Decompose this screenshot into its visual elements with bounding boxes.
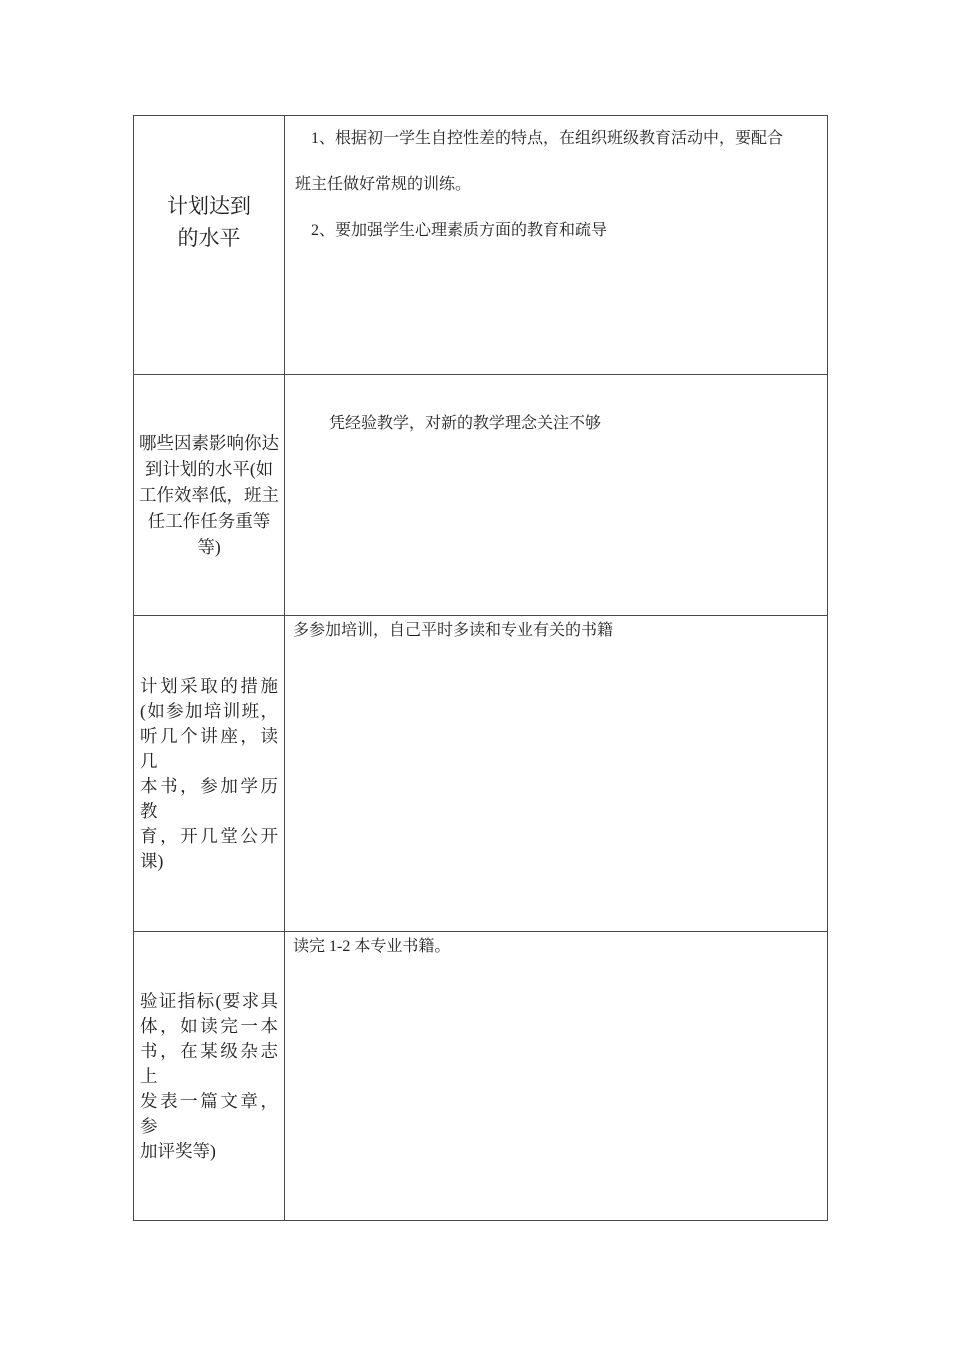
row-content-cell: 凭经验教学，对新的教学理念关注不够 bbox=[285, 375, 827, 615]
label-line: 的水平 bbox=[134, 222, 284, 254]
label-line: 计划采取的措施 bbox=[140, 674, 278, 699]
label-line: 到计划的水平(如 bbox=[138, 456, 280, 482]
label-line: 工作效率低，班主 bbox=[138, 482, 280, 508]
label-line: 育，开几堂公开 bbox=[140, 824, 278, 849]
content-line: 2、要加强学生心理素质方面的教育和疏导 bbox=[295, 208, 813, 254]
row-content-cell: 1、根据初一学生自控性差的特点，在组织班级教育活动中，要配合 班主任做好常规的训… bbox=[285, 116, 827, 374]
row-content-cell: 多参加培训，自己平时多读和专业有关的书籍 bbox=[285, 616, 827, 931]
label-line: 本书，参加学历教 bbox=[140, 774, 278, 824]
content-line: 凭经验教学，对新的教学理念关注不够 bbox=[295, 411, 813, 437]
row-label-cell: 计划达到 的水平 bbox=[134, 116, 285, 374]
label-line: 哪些因素影响你达 bbox=[138, 430, 280, 456]
label-line: 计划达到 bbox=[134, 190, 284, 222]
label-line: 听几个讲座，读几 bbox=[140, 724, 278, 774]
label-line: 任工作任务重等 bbox=[138, 508, 280, 534]
row-label-cell: 哪些因素影响你达 到计划的水平(如 工作效率低，班主 任工作任务重等 等) bbox=[134, 375, 285, 615]
row-content-cell: 读完 1-2 本专业书籍。 bbox=[285, 932, 827, 1220]
table-row-influencing-factors: 哪些因素影响你达 到计划的水平(如 工作效率低，班主 任工作任务重等 等) 凭经… bbox=[134, 374, 827, 615]
plan-table: 计划达到 的水平 1、根据初一学生自控性差的特点，在组织班级教育活动中，要配合 … bbox=[133, 115, 828, 1221]
row-label-cell: 计划采取的措施 (如参加培训班， 听几个讲座，读几 本书，参加学历教 育，开几堂… bbox=[134, 616, 285, 931]
label-line: 验证指标(要求具 bbox=[140, 989, 278, 1014]
content-line: 班主任做好常规的训练。 bbox=[295, 162, 813, 208]
label-line: (如参加培训班， bbox=[140, 699, 278, 724]
table-row-verification-indicators: 验证指标(要求具 体，如读完一本 书，在某级杂志上 发表一篇文章，参 加评奖等)… bbox=[134, 931, 827, 1220]
content-line: 多参加培训，自己平时多读和专业有关的书籍 bbox=[293, 618, 813, 644]
table-row-plan-level: 计划达到 的水平 1、根据初一学生自控性差的特点，在组织班级教育活动中，要配合 … bbox=[134, 116, 827, 374]
content-line: 读完 1-2 本专业书籍。 bbox=[293, 934, 813, 960]
label-line: 书，在某级杂志上 bbox=[140, 1039, 278, 1089]
label-line: 发表一篇文章，参 bbox=[140, 1089, 278, 1139]
table-row-planned-measures: 计划采取的措施 (如参加培训班， 听几个讲座，读几 本书，参加学历教 育，开几堂… bbox=[134, 615, 827, 931]
label-line: 课) bbox=[140, 849, 278, 874]
document-page: 计划达到 的水平 1、根据初一学生自控性差的特点，在组织班级教育活动中，要配合 … bbox=[0, 0, 960, 1357]
label-line: 等) bbox=[138, 534, 280, 560]
content-line: 1、根据初一学生自控性差的特点，在组织班级教育活动中，要配合 bbox=[295, 116, 813, 162]
label-line: 加评奖等) bbox=[140, 1139, 278, 1164]
label-line: 体，如读完一本 bbox=[140, 1014, 278, 1039]
row-label-cell: 验证指标(要求具 体，如读完一本 书，在某级杂志上 发表一篇文章，参 加评奖等) bbox=[134, 932, 285, 1220]
